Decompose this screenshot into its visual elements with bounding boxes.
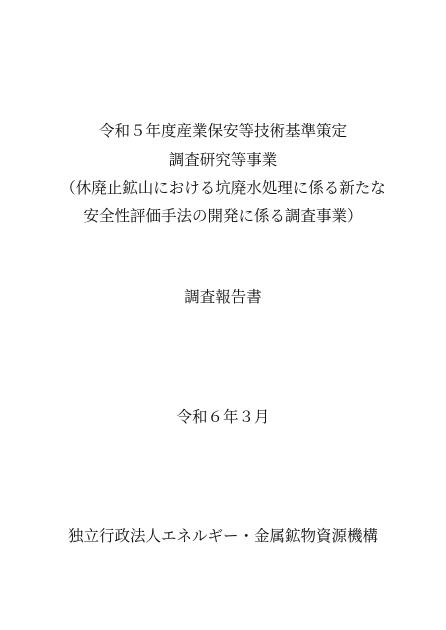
title-line-3: （休廃止鉱山における坑廃水処理に係る新たな [0,178,446,198]
title-line-1: 令和５年度産業保安等技術基準策定 [0,121,446,141]
title-line-4: 安全性評価手法の開発に係る調査事業） [0,206,446,226]
report-type: 調査報告書 [0,287,446,307]
title-line-2: 調査研究等事業 [0,150,446,170]
organization-name: 独立行政法人エネルギー・金属鉱物資源機構 [0,526,446,546]
report-date: 令和６年３月 [0,407,446,427]
